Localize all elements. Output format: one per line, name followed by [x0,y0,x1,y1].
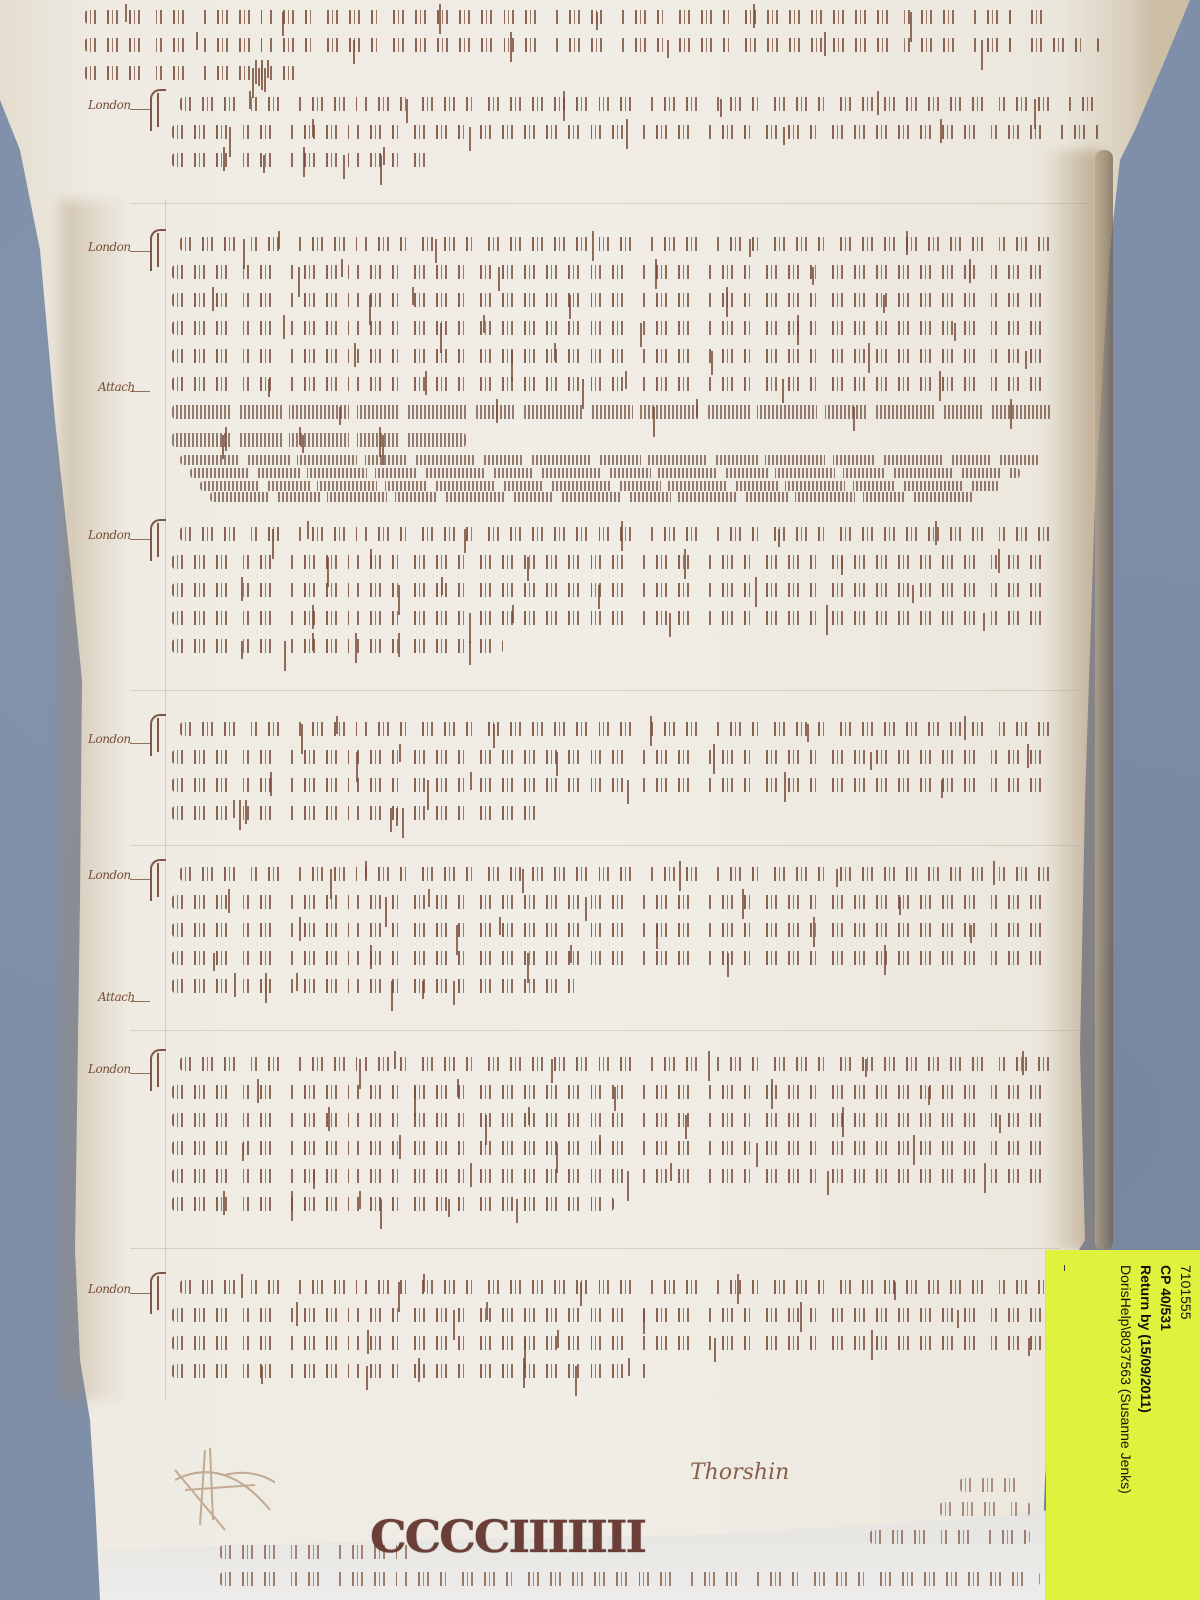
pen-stroke [742,889,744,919]
pen-stroke [569,295,571,319]
pen-stroke [470,772,472,790]
ruling-line [130,690,1080,691]
pen-stroke [263,155,265,173]
margin-note: London [88,868,131,882]
pen-stroke [627,780,629,804]
script-line [172,611,1060,625]
pen-stroke [499,917,501,935]
pen-stroke [359,1191,361,1209]
pen-stroke [312,605,314,629]
pen-stroke [383,147,385,165]
pen-stroke [418,1358,420,1382]
margin-connector-line [130,109,150,110]
pen-stroke [213,953,215,971]
pen-stroke [261,1366,263,1384]
pen-stroke [398,633,400,657]
pen-stroke [727,953,729,977]
curled-edge [1095,150,1113,1250]
pen-stroke [784,772,786,802]
script-line [172,639,503,653]
script-line [172,433,466,447]
pen-stroke [441,577,443,595]
pen-stroke [871,1330,873,1360]
script-line [172,1113,1060,1127]
script-line [180,527,1060,541]
pen-stroke [964,716,966,740]
pen-stroke [1028,1338,1030,1356]
pen-stroke [312,119,314,137]
interlined-annotation [200,481,1000,491]
pen-stroke [303,147,305,177]
pen-stroke [993,861,995,885]
pen-stroke [981,40,983,70]
pen-stroke [412,287,414,305]
pen-stroke [884,945,886,975]
pen-stroke [628,1358,630,1376]
pen-stroke [313,1171,315,1189]
pen-stroke [394,1051,396,1069]
pen-stroke [245,800,247,824]
paragraph-mark-icon [150,1049,166,1091]
slip-document-reference: CP 40/531 [1156,1265,1176,1595]
pen-stroke [696,399,698,417]
script-line [172,1169,1060,1183]
pen-stroke [865,1059,867,1077]
pen-stroke [737,1274,739,1304]
pen-stroke [621,521,623,551]
script-line [172,265,1060,279]
folio-number: CCCCIIIIIII [370,1511,645,1562]
script-line [172,153,429,167]
pen-stroke [812,267,814,285]
script-line [172,293,1060,307]
pen-stroke [399,1135,401,1159]
pen-stroke [685,1115,687,1139]
pen-stroke [580,1282,582,1306]
pen-stroke [941,780,943,798]
pen-stroke [257,1079,259,1103]
pen-stroke [522,869,524,893]
pen-stroke [679,861,681,891]
script-line [940,1502,1030,1516]
pen-stroke [1025,351,1027,369]
pen-stroke [223,147,225,171]
pen-stroke [264,68,266,92]
script-line [172,377,1060,391]
pen-stroke [899,897,901,915]
script-line [172,750,1060,764]
pen-stroke [626,119,628,149]
pen-stroke [640,323,642,347]
pen-stroke [836,869,838,887]
pen-stroke [585,897,587,921]
pen-stroke [343,155,345,179]
pen-stroke [239,800,241,830]
pen-stroke [396,808,398,826]
script-line [180,237,1060,251]
pen-stroke [284,641,286,671]
script-line [172,895,1060,909]
pen-stroke [339,407,341,425]
pen-stroke [708,1051,710,1081]
pen-stroke [367,1330,369,1354]
script-line [220,1572,1040,1586]
pen-stroke [614,1087,616,1111]
pen-stroke [496,399,498,423]
margin-rule [165,200,166,1400]
pen-stroke [720,99,722,117]
pen-stroke [655,259,657,289]
pen-stroke [713,744,715,774]
pen-stroke [353,40,355,64]
pen-stroke [643,1310,645,1334]
script-line [172,778,1060,792]
pen-stroke [783,127,785,145]
paragraph-mark-icon [150,89,166,131]
pen-stroke [380,1199,382,1229]
interlined-annotation [180,455,1040,465]
script-line [172,1085,1060,1099]
pen-stroke [527,557,529,581]
pen-stroke [228,889,230,913]
script-line [172,349,1060,363]
pen-stroke [486,1302,488,1320]
pen-stroke [299,427,301,445]
pen-stroke [470,1163,472,1187]
pen-stroke [868,343,870,373]
pen-stroke [556,752,558,776]
pen-stroke [516,1199,518,1223]
pen-stroke [196,32,198,50]
pen-stroke [826,605,828,635]
pen-stroke [225,427,227,451]
pen-stroke [523,1358,525,1388]
script-line [180,1057,1060,1071]
pen-stroke [439,4,441,34]
pen-stroke [935,521,937,545]
pen-stroke [341,259,343,277]
pen-stroke [999,1115,1001,1133]
slip-text: 7101555 CP 40/531 Return by (15/09/2011)… [1116,1265,1196,1595]
pen-stroke [422,981,424,999]
pen-stroke [983,613,985,631]
pen-stroke [399,744,401,762]
pen-stroke [296,1302,298,1326]
script-line [85,38,1100,52]
pen-stroke [894,1282,896,1300]
pen-stroke [510,32,512,62]
pen-stroke [984,1163,986,1193]
pen-stroke [778,529,780,547]
pen-stroke [267,60,269,78]
pen-stroke [684,549,686,579]
paragraph-mark-icon [150,859,166,901]
script-line [85,10,1045,24]
script-line [180,97,1100,111]
script-line [172,1197,614,1211]
pen-stroke [969,259,971,283]
pen-stroke [307,521,309,539]
pen-stroke [813,917,815,947]
interlined-annotation [190,468,1020,478]
pen-stroke [749,239,751,257]
margin-note: London [88,528,131,542]
pen-stroke [807,724,809,742]
script-line [870,1530,1030,1544]
script-line [180,867,1060,881]
pen-stroke [370,945,372,969]
pen-stroke [457,1079,459,1097]
pen-stroke [249,91,251,109]
script-line [180,1280,1050,1294]
pen-stroke [223,1191,225,1215]
pen-stroke [906,231,908,255]
pen-stroke [726,287,728,317]
pen-stroke [842,1107,844,1137]
margin-note: London [88,1282,131,1296]
pen-stroke [312,633,314,651]
pen-stroke [212,287,214,311]
pen-stroke [714,1338,716,1362]
pen-stroke [940,119,942,143]
pen-stroke [252,68,254,98]
pen-stroke [255,60,257,84]
pen-stroke [711,351,713,375]
clerk-signature: Thorshin [690,1460,789,1485]
pen-stroke [402,808,404,838]
pen-stroke [1027,744,1029,768]
paragraph-mark-icon [150,1272,166,1314]
pen-stroke [627,1171,629,1201]
pen-stroke [650,716,652,746]
pen-stroke [797,315,799,345]
pen-stroke [575,1366,577,1396]
margin-note: London [88,732,131,746]
pen-stroke [354,343,356,367]
pen-stroke [656,925,658,949]
script-line [172,806,540,820]
pen-stroke [557,1330,559,1348]
pen-stroke [853,407,855,431]
ruling-line [130,203,1090,204]
script-line [180,722,1060,736]
pen-stroke [771,1079,773,1109]
script-line [172,979,577,993]
pen-stroke [755,577,757,607]
pen-stroke [592,231,594,261]
pen-stroke [563,91,565,121]
script-line [172,1364,651,1378]
pen-stroke [570,945,572,963]
script-line [172,405,1060,419]
margin-connector-line [130,391,150,392]
pen-stroke [448,1199,450,1217]
pen-stroke [336,716,338,734]
pen-stroke [380,155,382,185]
pen-stroke [283,315,285,339]
pen-stroke [278,231,280,249]
pen-stroke [800,1302,802,1332]
pen-stroke [379,427,381,457]
pen-stroke [756,1143,758,1167]
script-line [172,1141,1060,1155]
margin-connector-line [130,539,150,540]
pen-stroke [302,435,304,453]
pen-stroke [270,772,272,796]
pen-stroke [883,295,885,313]
script-line [172,583,1060,597]
pen-stroke [296,973,298,991]
margin-note: London [88,240,131,254]
pen-stroke [435,239,437,263]
pen-stroke [241,641,243,659]
pen-stroke [469,127,471,151]
pen-stroke [512,605,514,623]
pen-stroke [483,315,485,333]
pen-stroke [241,577,243,601]
paragraph-mark-icon [150,519,166,561]
margin-connector-line [130,1293,150,1294]
pen-stroke [954,323,956,341]
archive-request-slip: 7101555 CP 40/531 Return by (15/09/2011)… [1046,1250,1200,1600]
pen-stroke [268,379,270,397]
pen-stroke [528,1107,530,1125]
pen-stroke [265,973,267,1003]
paragraph-mark-icon [150,714,166,756]
pen-stroke [370,549,372,567]
margin-connector-line [130,743,150,744]
pen-stroke [596,12,598,30]
pen-stroke [242,1143,244,1161]
pen-stroke [870,752,872,770]
pen-stroke [667,40,669,58]
pen-stroke [824,32,826,56]
margin-note: London [88,1062,131,1076]
script-line [172,555,1060,569]
pen-stroke [877,91,879,115]
paragraph-mark-icon [150,229,166,271]
ruling-line [130,1248,1060,1249]
pen-stroke [841,557,843,575]
margin-connector-line [130,879,150,880]
slip-requester: DorisHelp\8037563 (Susanne Jenks) [1116,1265,1136,1595]
pen-stroke [464,529,466,553]
pen-stroke [598,585,600,609]
script-line [172,1308,1050,1322]
slip-return-date: Return by (15/09/2011) [1136,1265,1156,1595]
pen-stroke [423,1274,425,1292]
pen-stroke [234,973,236,997]
pen-stroke [125,4,127,22]
pen-stroke [365,861,367,879]
pen-stroke [957,1310,959,1328]
pen-stroke [391,981,393,1011]
margin-connector-line [130,251,150,252]
pen-stroke [291,1191,293,1221]
interlined-annotation [210,492,980,502]
script-line [85,66,305,80]
pen-stroke [551,1059,553,1083]
pen-stroke [939,371,941,401]
pen-stroke [653,407,655,437]
pen-stroke [1010,399,1012,429]
pen-stroke [428,889,430,907]
pen-stroke [998,549,1000,573]
pen-stroke [406,99,408,123]
pen-stroke [258,68,260,86]
pen-stroke [493,724,495,748]
slip-reference-number: 7101555 [1176,1265,1196,1595]
slip-tick-mark [1064,1265,1065,1271]
pen-stroke [282,12,284,36]
margin-note: London [88,98,131,112]
pen-stroke [970,925,972,943]
script-line [960,1478,1030,1492]
pen-stroke [469,641,471,665]
pen-stroke [669,613,671,637]
pen-stroke [241,1274,243,1298]
pen-stroke [554,343,556,361]
margin-connector-line [130,1001,150,1002]
ruling-line [130,845,1080,846]
pen-stroke [913,1135,915,1165]
pen-stroke [782,379,784,403]
pen-stroke [453,981,455,1005]
script-line [172,321,1060,335]
pen-stroke [390,808,392,832]
pen-stroke [670,1163,672,1181]
pen-stroke [366,1366,368,1390]
script-line [172,951,1060,965]
pen-stroke [355,633,357,663]
compass-sketch-icon [165,1440,275,1540]
pen-stroke [753,4,755,28]
pen-stroke [498,267,500,291]
pen-stroke [1022,1051,1024,1075]
pen-stroke [827,1171,829,1195]
pen-stroke [328,1107,330,1131]
ruling-line [130,1030,1080,1031]
script-line [172,1336,1050,1350]
pen-stroke [299,917,301,941]
pen-stroke [599,1135,601,1153]
margin-connector-line [130,1073,150,1074]
script-line [172,923,1060,937]
pen-stroke [233,800,235,818]
pen-stroke [912,585,914,603]
pen-stroke [928,1087,930,1105]
pen-stroke [625,371,627,389]
pen-stroke [425,371,427,395]
pen-stroke [261,60,263,90]
